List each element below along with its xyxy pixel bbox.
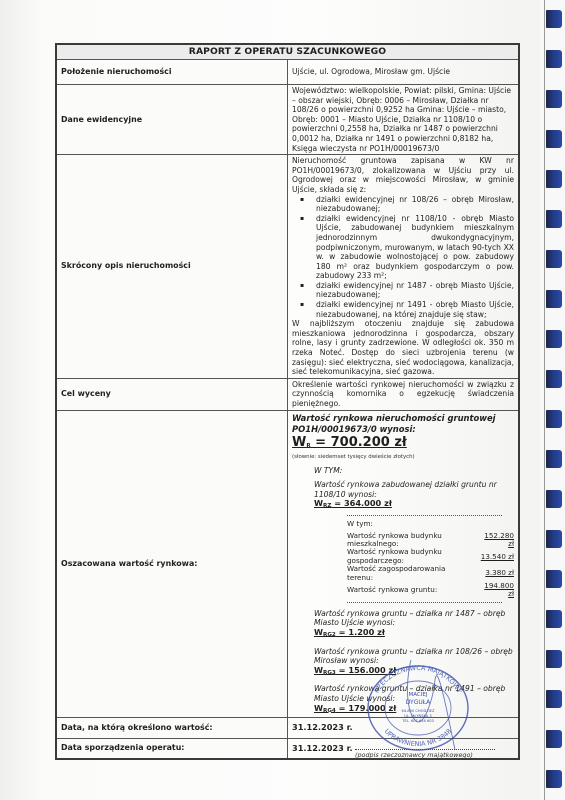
location-value: Ujście, ul. Ogrodowa, Mirosław gm. Ujści…	[288, 60, 520, 85]
binder-ring	[546, 330, 562, 348]
parcel-list: działki ewidencyjnej nr 108/26 – obręb M…	[292, 195, 514, 320]
breakdown-table: Wartość rynkowa budynku mieszkalnego:152…	[347, 532, 514, 599]
surroundings-text: W najbliższym otoczeniu znajduje się zab…	[292, 319, 514, 377]
total-value-words: (słownie: siedemset tysięcy dwieście zło…	[292, 454, 514, 461]
binder-ring	[546, 690, 562, 708]
breakdown-row: Wartość zagospodarowania terenu:3.380 zł	[347, 565, 514, 582]
binder-ring	[546, 490, 562, 508]
binder-ring	[546, 90, 562, 108]
parcel-list-item: działki ewidencyjnej nr 1487 - obręb Mia…	[316, 281, 514, 300]
binder-ring	[546, 610, 562, 628]
dotted-separator	[347, 515, 502, 516]
parcel-1487-value: WRG2 = 1.200 zł	[292, 628, 514, 641]
registry-label: Dane ewidencyjne	[56, 85, 288, 155]
stamp-phone: TEL. 607 616 603	[401, 719, 434, 723]
valuation-label: Oszacowana wartość rynkowa:	[56, 410, 288, 718]
stamp-address-1: 64-800 CHODZIEŻ	[402, 708, 435, 713]
binder-ring	[546, 650, 562, 668]
dotted-separator	[347, 602, 502, 603]
breakdown-label: W tym:	[292, 519, 514, 529]
description-label: Skrócony opis nieruchomości	[56, 155, 288, 379]
breakdown-row: Wartość rynkowa budynku gospodarczego:13…	[347, 548, 514, 565]
document-page: RAPORT Z OPERATU SZACUNKOWEGO Położenie …	[0, 0, 540, 800]
stamp-first-name: MACIEJ	[409, 692, 428, 698]
purpose-value: Określenie wartości rynkowej nieruchomoś…	[288, 378, 520, 410]
breakdown-row: Wartość rynkowa gruntu:194.800 zł	[347, 582, 514, 599]
binder-ring	[546, 290, 562, 308]
binder-ring	[546, 730, 562, 748]
comb-binding	[540, 0, 565, 800]
total-value: WR = 700.200 zł	[292, 435, 514, 454]
binder-ring	[546, 210, 562, 228]
parcel-1487-text: Wartość rynkowa gruntu – działka nr 1487…	[292, 609, 514, 628]
parcel-list-item: działki ewidencyjnej nr 108/26 – obręb M…	[316, 195, 514, 214]
description-intro: Nieruchomość gruntowa zapisana w KW nr P…	[292, 156, 514, 194]
binder-ring	[546, 50, 562, 68]
in-which-label: W TYM:	[292, 466, 514, 476]
valuation-headline: Wartość rynkowa nieruchomości gruntowej …	[292, 413, 514, 435]
parcel-list-item: działki ewidencyjnej nr 1491 - obręb Mia…	[316, 300, 514, 319]
valuation-date-label: Data, na którą określono wartość:	[56, 718, 288, 739]
registry-value: Województwo: wielkopolskie, Powiat: pils…	[288, 85, 520, 155]
parcel-1108-text: Wartość rynkowa zabudowanej działki grun…	[292, 480, 514, 499]
binder-ring	[546, 530, 562, 548]
binder-ring	[546, 770, 562, 788]
location-label: Położenie nieruchomości	[56, 60, 288, 85]
valuation-report-table: RAPORT Z OPERATU SZACUNKOWEGO Położenie …	[55, 43, 520, 760]
binder-ring	[546, 370, 562, 388]
report-title: RAPORT Z OPERATU SZACUNKOWEGO	[56, 44, 519, 60]
binder-ring	[546, 170, 562, 188]
svg-text:RZECZOZNAWCA MAJĄTKOWY: RZECZOZNAWCA MAJĄTKOWY	[373, 664, 463, 695]
stamp-address-2: UL. MŁYŃSKA 3	[404, 713, 431, 718]
parcel-list-item: działki ewidencyjnej nr 1108/10 - obręb …	[316, 214, 514, 281]
signature-line	[355, 749, 495, 750]
parcel-1108-value: WRZ = 364.000 zł	[292, 499, 514, 512]
binder-ring	[546, 130, 562, 148]
signature-caption: (podpis rzeczoznawcy majątkowego)	[355, 751, 505, 759]
breakdown-row: Wartość rynkowa budynku mieszkalnego:152…	[347, 532, 514, 549]
appraiser-stamp: RZECZOZNAWCA MAJĄTKOWY UPRAWNIENIA NR 38…	[363, 660, 473, 752]
binder-ring	[546, 410, 562, 428]
report-date-label: Data sporządzenia operatu:	[56, 739, 288, 759]
binder-ring	[546, 250, 562, 268]
binder-ring	[546, 570, 562, 588]
stamp-last-name: DYGUŁA	[406, 699, 431, 706]
binder-ring	[546, 10, 562, 28]
stamp-top-text: RZECZOZNAWCA MAJĄTKOWY	[373, 664, 463, 695]
purpose-label: Cel wyceny	[56, 378, 288, 410]
description-value: Nieruchomość gruntowa zapisana w KW nr P…	[288, 155, 520, 379]
binder-ring	[546, 450, 562, 468]
